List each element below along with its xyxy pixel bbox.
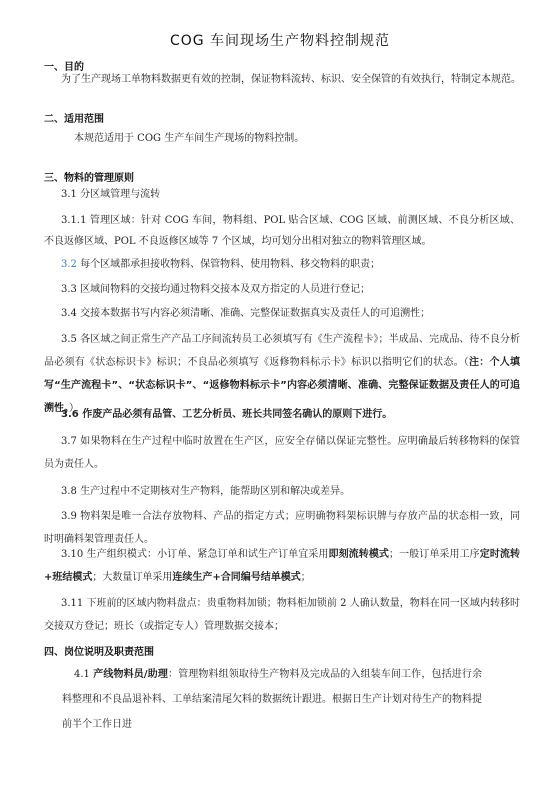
section-heading-scope: 二、适用范围 xyxy=(44,110,104,125)
paragraph-3-11: 3.11 下班前的区域内物料盘点：贵重物料加锁；物料柜加锁前 2 人确认数量，物… xyxy=(44,592,520,638)
section-heading-principles: 三、物料的管理原则 xyxy=(44,169,134,184)
paragraph-4-1-role: 产线物料员/助理 xyxy=(93,669,168,680)
paragraph-3-2: 3.2 每个区域都承担接收物料、保管物料、使用物料、移交物料的职责； xyxy=(44,254,520,275)
paragraph-3-10: 3.10 生产组织模式：小订单、紧急订单和试生产订单宜采用即刻流转模式；一般订单… xyxy=(44,543,520,589)
paragraph-3-3: 3.3 区域间物料的交接均通过物料交接本及双方指定的人员进行登记； xyxy=(44,279,520,300)
paragraph-3-2-text: 每个区域都承担接收物料、保管物料、使用物料、移交物料的职责； xyxy=(77,259,380,270)
paragraph-3-5-text: 3.5 各区域之间正常生产产品工序间流转员工必须填写有《生产流程卡》；半成品、完… xyxy=(44,334,520,368)
paragraph-3-2-number: 3.2 xyxy=(61,259,77,270)
paragraph-3-10-text-g: ； xyxy=(301,572,311,583)
paragraph-3-10-text-e: ；大数量订单采用 xyxy=(92,572,172,583)
paragraph-3-1: 3.1 分区域管理与流转 xyxy=(44,184,520,205)
paragraph-3-1-1: 3.1.1 管理区域：针对 COG 车间，物料组、POL 贴合区域、COG 区域… xyxy=(44,210,520,252)
section-heading-roles: 四、岗位说明及职责范围 xyxy=(44,643,154,658)
paragraph-3-10-bold-f: 连续生产+合同编号结单模式 xyxy=(172,572,300,583)
paragraph-3-6: 3.6 作废产品必须有品管、工艺分析员、班长共同签名确认的原则下进行。 xyxy=(44,404,520,425)
paragraph-3-10-text-c: ；一般订单采用工序 xyxy=(389,549,480,560)
scope-paragraph: 本规范适用于 COG 生产车间生产现场的物料控制。 xyxy=(44,128,520,149)
paragraph-3-8: 3.8 生产过程中不定期核对生产物料，能帮助区别和解决或差异。 xyxy=(44,481,520,502)
paragraph-3-10-bold-b: 即刻流转模式 xyxy=(329,549,390,560)
paragraph-4-1: 4.1 产线物料员/助理：管理物料组领取待生产物料及完成品的入组装车间工作，包括… xyxy=(62,662,482,737)
paragraph-3-4: 3.4 交接本数据书写内容必须清晰、准确、完整保证数据真实及责任人的可追溯性； xyxy=(44,303,520,324)
document-title: COG 车间现场生产物料控制规范 xyxy=(0,30,560,50)
document-page: COG 车间现场生产物料控制规范 一、目的 为了生产现场工单物料数据更有效的控制… xyxy=(0,0,560,792)
paragraph-3-10-text-a: 3.10 生产组织模式：小订单、紧急订单和试生产订单宜采用 xyxy=(61,549,329,560)
paragraph-4-1-number: 4.1 xyxy=(74,669,93,680)
purpose-paragraph: 为了生产现场工单物料数据更有效的控制，保证物料流转、标识、安全保管的有效执行，特… xyxy=(44,69,520,90)
paragraph-3-7: 3.7 如果物料在生产过程中临时放置在生产区，应安全存储以保证完整性。应明确最后… xyxy=(44,430,520,476)
